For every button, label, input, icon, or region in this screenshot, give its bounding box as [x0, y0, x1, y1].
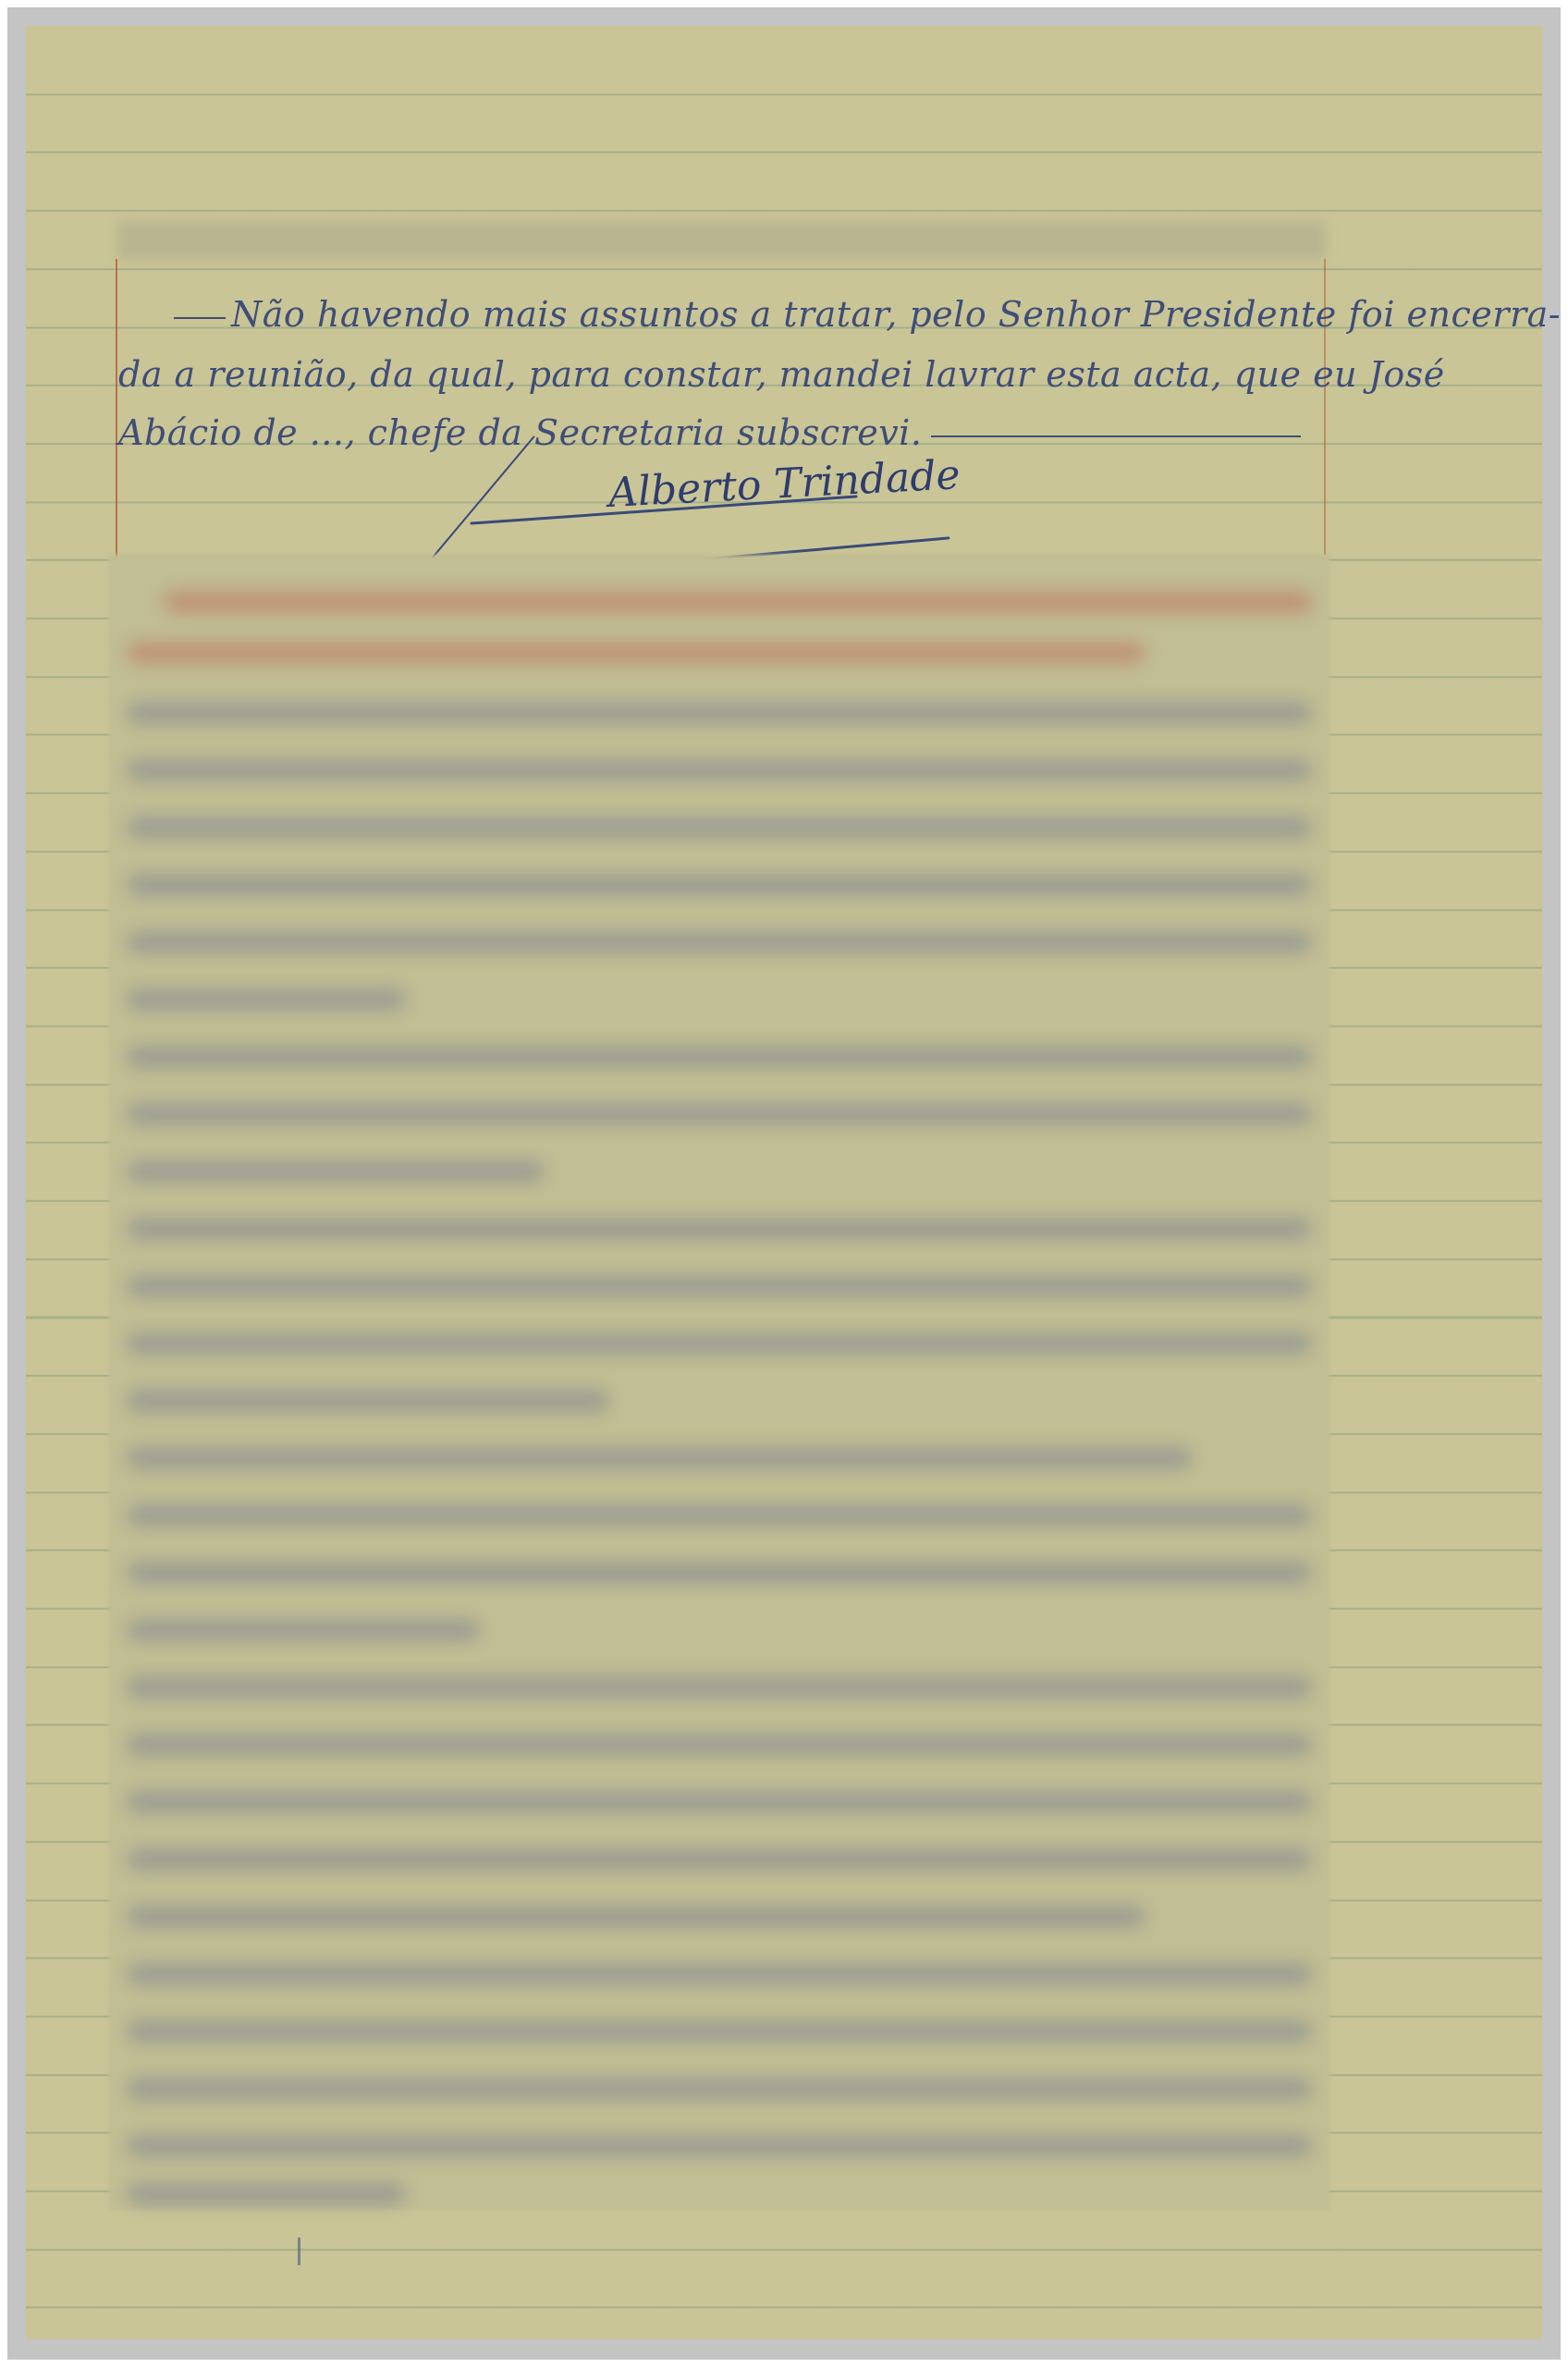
blurred-text-line: [128, 1620, 479, 1640]
text-line-3-content: Abácio de ..., chefe da Secretaria subsc…: [118, 412, 922, 453]
blurred-text-line: [128, 1276, 1311, 1296]
blurred-heading-line: [128, 643, 1145, 663]
blurred-text-line: [128, 1505, 1311, 1526]
blurred-text-line: [128, 1563, 1311, 1583]
ink-mark: [298, 2238, 300, 2265]
blurred-text-line: [128, 760, 1311, 780]
blurred-text-line: [128, 2136, 1311, 2156]
line-dash: [174, 317, 226, 319]
blurred-text-line: [128, 1391, 608, 1411]
blurred-text-line: [128, 1907, 1145, 1927]
blurred-text-line: [128, 1219, 1311, 1239]
blurred-text-line: [128, 989, 405, 1010]
blurred-text-line: [128, 817, 1311, 838]
signature: Alberto Trindade: [607, 451, 962, 517]
text-line-1-content: Não havendo mais assuntos a tratar, pelo…: [231, 294, 1561, 335]
blurred-text-line: [128, 932, 1311, 952]
blurred-text-line: [128, 2184, 405, 2204]
blurred-text-line: [128, 1792, 1311, 1812]
blurred-text-line: [128, 1735, 1311, 1755]
blurred-text-line: [128, 703, 1311, 723]
blurred-text-line: [128, 1677, 1311, 1698]
redacted-text-block: [109, 555, 1329, 2210]
blurred-text-line: [128, 1448, 1191, 1468]
blurred-text-line: [128, 1333, 1311, 1354]
blurred-text-line: [128, 1047, 1311, 1067]
text-line-2: da a reunião, da qual, para constar, man…: [118, 354, 1445, 395]
text-line-3: Abácio de ..., chefe da Secretaria subsc…: [118, 412, 1301, 453]
blurred-text-line: [128, 1161, 544, 1182]
text-line-1: Não havendo mais assuntos a tratar, pelo…: [174, 294, 1561, 335]
blurred-text-line: [128, 875, 1311, 895]
blurred-text-line: [128, 2079, 1311, 2099]
blurred-heading-line: [165, 592, 1311, 612]
blurred-text-line: [128, 1964, 1311, 1984]
blurred-text-line: [128, 1849, 1311, 1870]
blurred-text-line: [128, 2021, 1311, 2042]
closing-paragraph: Não havendo mais assuntos a tratar, pelo…: [118, 248, 1326, 553]
blurred-text-line: [128, 1104, 1311, 1124]
fill-rule: [931, 435, 1301, 437]
